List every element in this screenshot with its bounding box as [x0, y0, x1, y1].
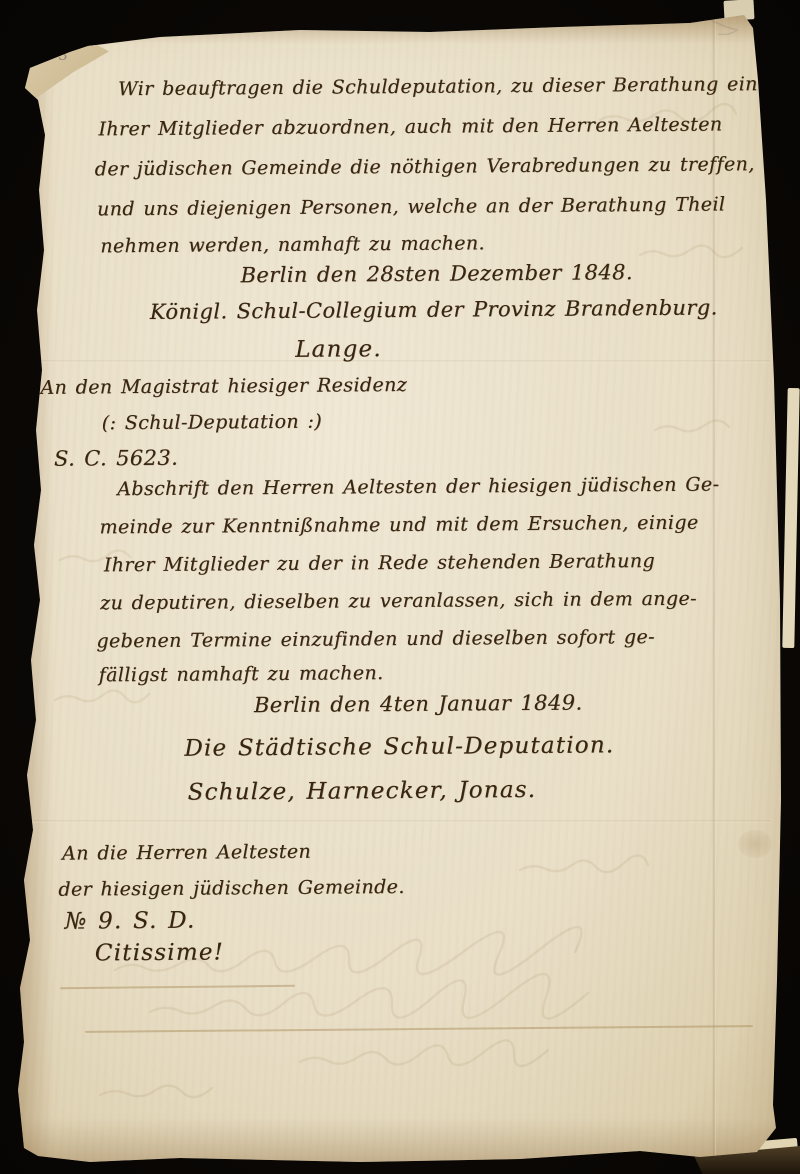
manuscript-page: 3 Wir beauftragen die Schuldeputation, z… — [0, 0, 800, 1174]
handwriting-line: Ihrer Mitglieder zu der in Rede stehende… — [104, 550, 655, 576]
handwriting-line: Ihrer Mitglieder abzuordnen, auch mit de… — [98, 113, 722, 140]
handwriting-line: fälligst namhaft zu machen. — [99, 662, 384, 686]
handwriting-line: der jüdischen Gemeinde die nöthigen Vera… — [95, 153, 755, 180]
address-line: An die Herren Aeltesten — [62, 841, 311, 865]
handwriting-line: Wir beauftragen die Schuldeputation, zu … — [118, 73, 789, 100]
handwritten-text: Wir beauftragen die Schuldeputation, zu … — [0, 0, 800, 1174]
handwriting-line: gebenen Termine einzufinden und dieselbe… — [96, 626, 655, 652]
sender-line: Die Städtische Schul-Deputation. — [184, 732, 614, 761]
address-line: der hiesigen jüdischen Gemeinde. — [58, 876, 405, 901]
handwriting-line: und uns diejenigen Personen, welche an d… — [97, 193, 726, 220]
handwriting-line: nehmen werden, namhaft zu machen. — [100, 232, 485, 257]
signature: Lange. — [295, 336, 382, 363]
handwriting-line: Abschrift den Herren Aeltesten der hiesi… — [117, 473, 719, 500]
urgency-note: Citissime! — [95, 939, 224, 966]
underlying-page-edge-right — [782, 388, 799, 648]
handwriting-line: zu deputiren, dieselben zu veranlassen, … — [100, 588, 697, 615]
sender-line: Königl. Schul-Collegium der Provinz Bran… — [150, 295, 718, 323]
signature: Schulze, Harnecker, Jonas. — [188, 777, 537, 806]
docket-number: № 9. S. D. — [65, 908, 196, 935]
dateline: Berlin den 4ten Januar 1849. — [254, 691, 583, 718]
handwriting-line: meinde zur Kenntnißnahme und mit dem Ers… — [99, 512, 698, 539]
address-line: (: Schul-Deputation :) — [102, 411, 323, 435]
reference-number: S. C. 5623. — [54, 446, 178, 471]
photo-background: 3 Wir beauftragen die Schuldeputation, z… — [0, 0, 800, 1174]
dateline: Berlin den 28sten Dezember 1848. — [240, 260, 633, 287]
address-line: An den Magistrat hiesiger Residenz — [40, 374, 407, 399]
